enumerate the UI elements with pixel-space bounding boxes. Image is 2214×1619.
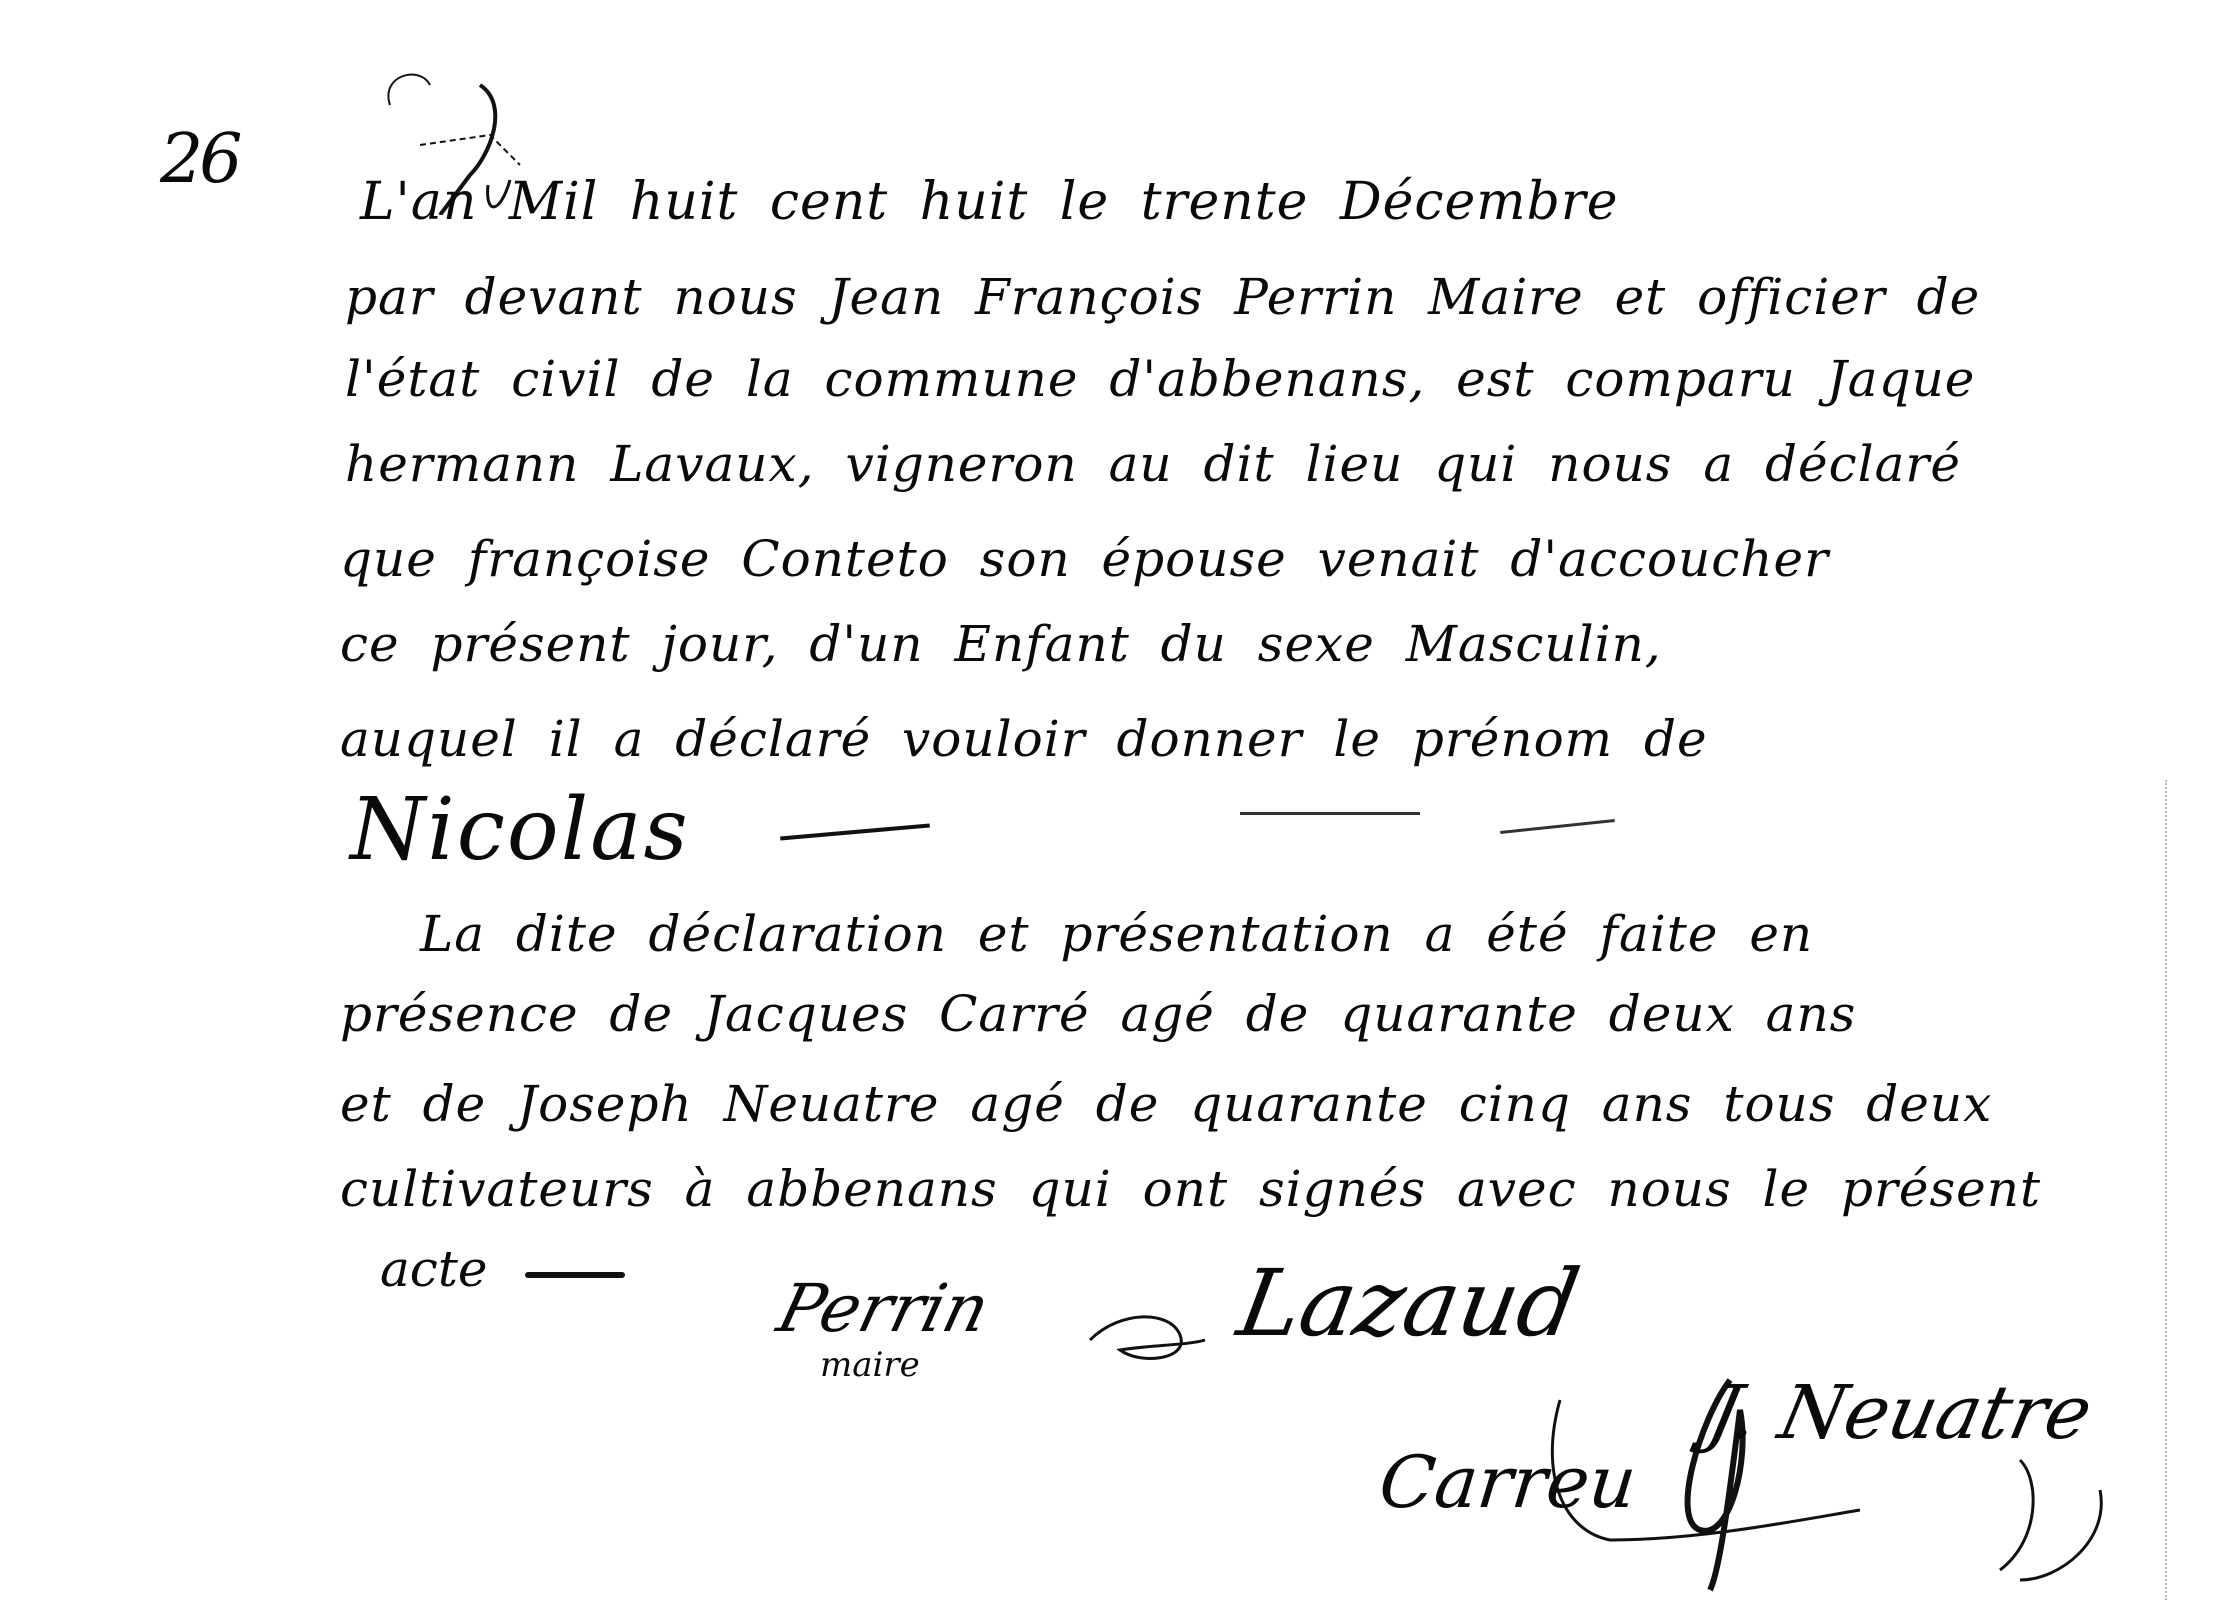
record-line-2: par devant nous Jean François Perrin Mai… <box>345 268 1980 326</box>
child-name: Nicolas <box>350 780 690 880</box>
document-page: 26 L'an Mil huit cent huit le trente Déc… <box>0 0 2214 1619</box>
closing-line-5: acte <box>380 1240 488 1298</box>
record-line-5: que françoise Conteto son épouse venait … <box>340 530 1829 588</box>
record-line-3: l'état civil de la commune d'abbenans, e… <box>345 350 1975 408</box>
closing-line-3: et de Joseph Neuatre agé de quarante cin… <box>340 1075 1992 1133</box>
record-line-1: L'an Mil huit cent huit le trente Décemb… <box>360 172 1619 232</box>
filler-dash <box>1240 812 1420 815</box>
closing-line-4: cultivateurs à abbenans qui ont signés a… <box>340 1160 2041 1218</box>
filler-dash <box>525 1272 625 1278</box>
page-edge-divider <box>2165 780 2169 1600</box>
entry-number: 26 <box>160 120 239 199</box>
signature-witness-1: Carreu <box>1376 1440 1641 1524</box>
closing-line-1: La dite déclaration et présentation a ét… <box>420 905 1813 963</box>
signature-mayor: Perrin <box>770 1270 996 1347</box>
signature-mayor-title: maire <box>820 1345 920 1385</box>
record-line-6: ce présent jour, d'un Enfant du sexe Mas… <box>340 615 1662 673</box>
paraph-flourish-icon <box>1080 1300 1210 1370</box>
signature-witness-2: J. Neuatre <box>1701 1370 2099 1456</box>
record-line-4: hermann Lavaux, vigneron au dit lieu qui… <box>345 435 1961 493</box>
filler-dash <box>780 823 930 840</box>
record-line-7: auquel il a déclaré vouloir donner le pr… <box>340 710 1708 768</box>
closing-line-2: présence de Jacques Carré agé de quarant… <box>340 985 1856 1043</box>
filler-dash <box>1500 819 1615 834</box>
